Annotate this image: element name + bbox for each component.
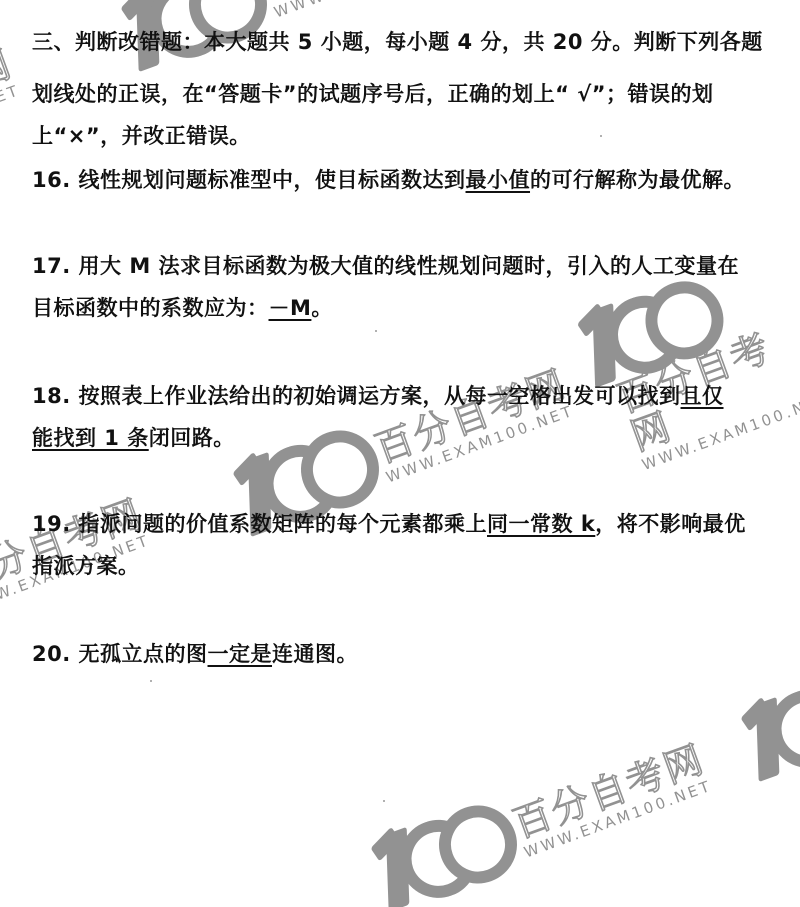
logo-100-icon [580,266,729,384]
question-17-line-2: 目标函数中的系数应为：－M。 [32,294,333,322]
question-number: 16. [32,168,71,192]
question-text: 连通图。 [272,642,358,666]
question-text: 用大 M 法求目标函数为极大值的线性规划问题时，引入的人工变量在 [79,254,740,278]
scan-speck [600,135,602,137]
section-header-line-2: 划线处的正误，在“答题卡”的试题序号后，正确的划上“ √”；错误的划 [32,80,714,108]
question-number: 17. [32,254,71,278]
underlined-phrase: 且仅 [681,384,724,408]
question-20: 20. 无孤立点的图一定是连通图。 [32,640,358,668]
watermark-bottom: 百分自考网WWW.EXAM100.NET [373,720,715,907]
exam-page: 百分自考网WWW.EXAM100.NET 百分自考网WWW.EXAM100.NE… [0,0,800,907]
underlined-phrase: 能找到 1 条 [32,426,149,450]
watermark-url-text: WWW.EXAM100.NET [522,776,716,861]
watermark-cn-text: 百分自考网 [0,493,147,599]
scan-speck [383,800,385,802]
question-18-line-1: 18. 按照表上作业法给出的初始调运方案，从每一空格出发可以找到且仅 [32,382,724,410]
question-text: 线性规划问题标准型中，使目标函数达到 [79,168,466,192]
underlined-phrase: 同一常数 k [487,512,595,536]
question-16: 16. 线性规划问题标准型中，使目标函数达到最小值的可行解称为最优解。 [32,166,745,194]
question-text: 。 [311,296,333,320]
question-17-line-1: 17. 用大 M 法求目标函数为极大值的线性规划问题时，引入的人工变量在 [32,252,739,280]
watermark-left-top: 百分自考网WWW.EXAM100.NET [0,43,24,168]
section-header-line-1: 三、判断改错题：本大题共 5 小题，每小题 4 分，共 20 分。判断下列各题 [32,28,763,56]
question-19-line-1: 19. 指派问题的价值系数矩阵的每个元素都乘上同一常数 k，将不影响最优 [32,510,746,538]
watermark-cn-text: 百分自考网 [508,739,710,845]
question-18-line-2: 能找到 1 条闭回路。 [32,424,235,452]
question-text: 按照表上作业法给出的初始调运方案，从每一空格出发可以找到 [79,384,681,408]
question-text: 目标函数中的系数应为： [32,296,269,320]
question-text: 的可行解称为最优解。 [530,168,745,192]
watermark-center: 百分自考网WWW.EXAM100.NET [235,345,577,533]
question-text: 无孤立点的图 [79,642,208,666]
question-text: 指派问题的价值系数矩阵的每个元素都乘上 [79,512,488,536]
watermark-url-text: WWW.EXAM100.NET [0,81,24,166]
underlined-phrase: 最小值 [466,168,531,192]
logo-100-icon [743,660,800,778]
question-text: ，将不影响最优 [595,512,746,536]
question-number: 18. [32,384,71,408]
question-text: 闭回路。 [149,426,235,450]
watermark-cn-text: 百分自考网 [258,0,460,5]
question-number: 20. [32,642,71,666]
watermark-url-text: WWW.EXAM100.NET [272,0,466,21]
scan-speck [375,330,377,332]
question-number: 19. [32,512,71,536]
watermark-cn-text: 百分自考网 [370,364,572,470]
watermark-cn-text: 百分自考网 [0,43,17,149]
watermark-right-edge [743,660,800,778]
section-header-line-3: 上“×”，并改正错误。 [32,122,251,150]
underlined-phrase: －M [269,296,312,320]
question-19-line-2: 指派方案。 [32,552,140,580]
logo-100-icon [373,790,522,907]
question-text: 指派方案。 [32,554,140,578]
underlined-phrase: 一定是 [208,642,273,666]
scan-speck [150,680,152,682]
watermark-url-text: WWW.EXAM100.NET [384,401,578,486]
